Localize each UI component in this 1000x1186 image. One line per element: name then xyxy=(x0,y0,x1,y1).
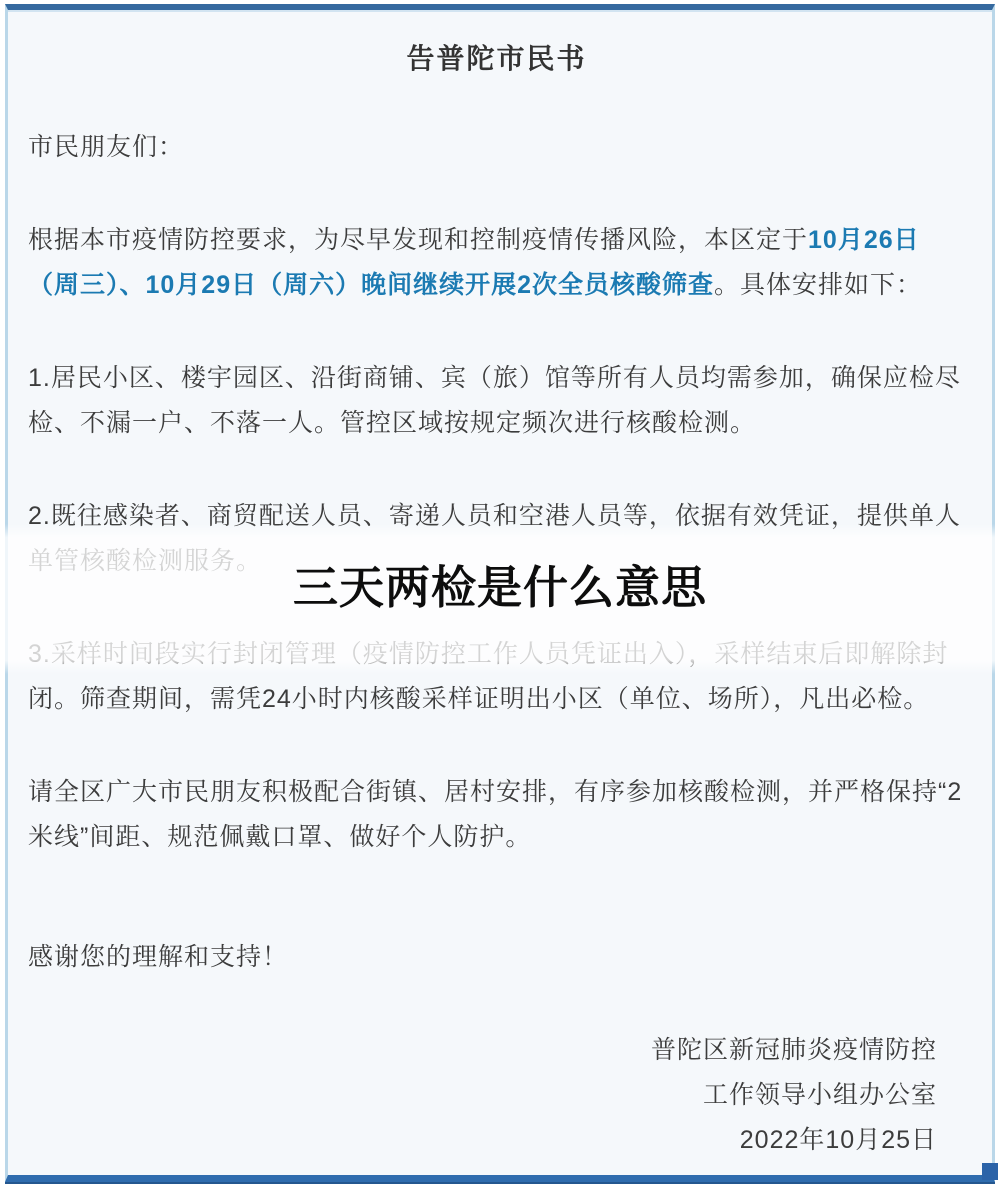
intro-paragraph: 根据本市疫情防控要求，为尽早发现和控制疫情传播风险，本区定于10月26日（周三）… xyxy=(28,218,965,308)
signature-org-line-1: 普陀区新冠肺炎疫情防控 xyxy=(28,1028,937,1073)
item-1: 1.居民小区、楼宇园区、沿街商铺、宾（旅）馆等所有人员均需参加，确保应检尽检、不… xyxy=(28,356,965,446)
notice-image-frame: 告普陀市民书 市民朋友们： 根据本市疫情防控要求，为尽早发现和控制疫情传播风险，… xyxy=(0,0,1000,1186)
appeal-paragraph: 请全区广大市民朋友积极配合街镇、居村安排，有序参加核酸检测，并严格保持“2米线”… xyxy=(28,770,965,860)
intro-text-post: 。具体安排如下： xyxy=(714,271,922,299)
watermark-overlay-band: 三天两检是什么意思 xyxy=(0,524,1000,674)
notice-title: 告普陀市民书 xyxy=(28,43,965,75)
intro-text-pre: 根据本市疫情防控要求，为尽早发现和控制疫情传播风险，本区定于 xyxy=(28,226,808,254)
bottom-right-corner-square xyxy=(982,1163,998,1180)
signature-block: 普陀区新冠肺炎疫情防控 工作领导小组办公室 2022年10月25日 xyxy=(28,1028,965,1163)
thanks-line: 感谢您的理解和支持！ xyxy=(28,935,965,980)
signature-date: 2022年10月25日 xyxy=(28,1118,937,1163)
watermark-title: 三天两检是什么意思 xyxy=(0,562,1000,614)
signature-org-line-2: 工作领导小组办公室 xyxy=(28,1073,937,1118)
salutation: 市民朋友们： xyxy=(28,125,965,170)
